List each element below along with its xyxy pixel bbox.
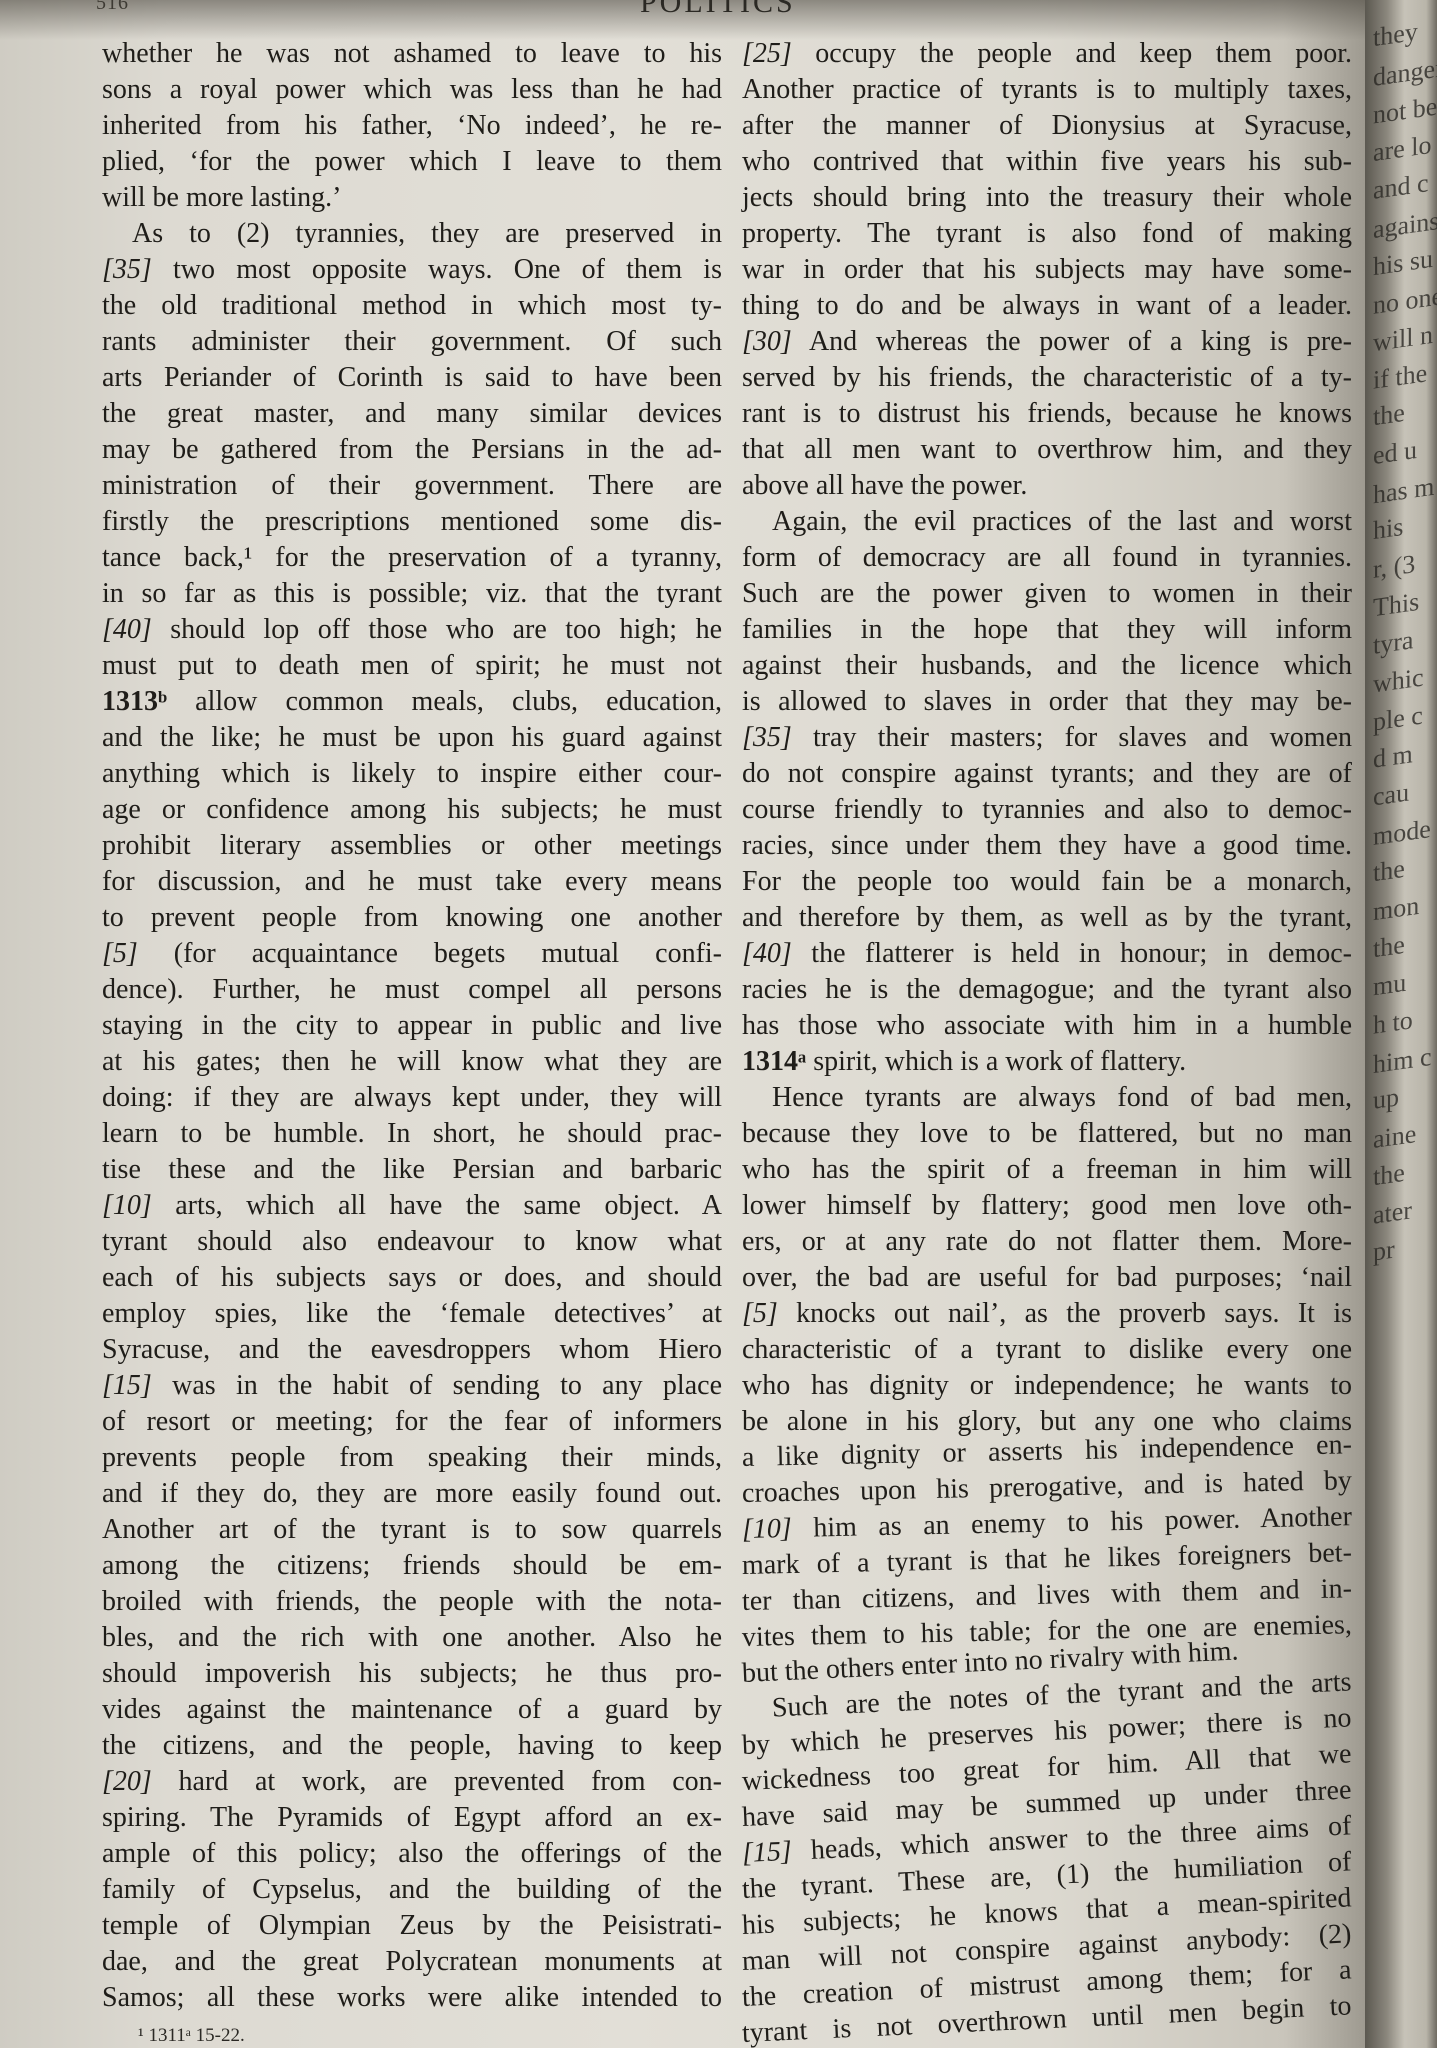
line-text: was in the habit of sending to any place	[152, 1370, 722, 1401]
line-text: to prevent people from knowing one anoth…	[102, 902, 722, 933]
bekker-reference: 1313ᵇ	[102, 686, 167, 717]
text-line: served by his friends, the characteristi…	[742, 360, 1352, 396]
line-text: sons a royal power which was less than h…	[102, 74, 722, 105]
facing-page-fragment: and c	[1373, 168, 1429, 206]
text-line: war in order that his subjects may have …	[742, 252, 1352, 288]
text-line: staying in the city to appear in public …	[102, 1008, 722, 1044]
text-line: the great master, and many similar devic…	[102, 396, 722, 432]
facing-page-fragment: they	[1373, 17, 1418, 53]
line-number-marker: [15]	[741, 1836, 792, 1869]
text-line: because they love to be flattered, but n…	[742, 1116, 1352, 1152]
line-text: family of Cypselus, and the building of …	[102, 1874, 722, 1905]
page-number: 516	[96, 0, 129, 15]
facing-page-fragment: h to	[1373, 1005, 1413, 1041]
line-text: tise these and the like Persian and barb…	[102, 1154, 722, 1185]
text-line: doing: if they are always kept under, th…	[102, 1080, 722, 1116]
facing-page-fragment: mu	[1373, 968, 1406, 1003]
line-text: ministration of their government. There …	[102, 470, 722, 501]
text-line: dae, and the great Polycratean monuments…	[102, 1944, 722, 1980]
facing-page-fragment: ed u	[1373, 435, 1417, 471]
book-page: 516 POLITICS whether he was not ashamed …	[0, 0, 1395, 2048]
line-text: prevents people from speaking their mind…	[102, 1442, 722, 1473]
line-text: Again, the evil practices of the last an…	[772, 506, 1352, 537]
line-text: firstly the prescriptions mentioned some…	[102, 506, 722, 537]
line-text: should lop off those who are too high; h…	[152, 614, 722, 645]
line-text: that all men want to overthrow him, and …	[742, 434, 1352, 465]
line-text: prohibit literary assemblies or other me…	[102, 830, 722, 861]
line-text: for discussion, and he must take every m…	[102, 866, 722, 897]
line-text: tance back,¹ for the preservation of a t…	[102, 542, 722, 573]
facing-page-fragment: cau	[1373, 777, 1409, 812]
text-line: is allowed to slaves in order that they …	[742, 684, 1352, 720]
text-line: ers, or at any rate do not flatter them.…	[742, 1224, 1352, 1260]
line-text: ers, or at any rate do not flatter them.…	[742, 1226, 1352, 1257]
text-line: 1314ᵃ spirit, which is a work of flatter…	[742, 1044, 1352, 1080]
line-text: inherited from his father, ‘No indeed’, …	[102, 110, 722, 141]
facing-page-fragment: not be	[1373, 91, 1437, 130]
line-text: learn to be humble. In short, he should …	[102, 1118, 722, 1149]
facing-page-fragment: ater	[1373, 1195, 1412, 1230]
facing-page-fragment: if the	[1373, 358, 1427, 396]
facing-page-fragment: r, (3	[1373, 549, 1415, 585]
text-line: that all men want to overthrow him, and …	[742, 432, 1352, 468]
line-text: (for acquaintance begets mutual confi-	[138, 938, 722, 969]
text-line: whether he was not ashamed to leave to h…	[102, 36, 722, 72]
text-line: sons a royal power which was less than h…	[102, 72, 722, 108]
text-line: ample of this policy; also the offerings…	[102, 1836, 722, 1872]
line-text: jects should bring into the treasury the…	[742, 182, 1352, 213]
text-line: arts Periander of Corinth is said to hav…	[102, 360, 722, 396]
footnote: ¹ 1311ᵃ 15-22.	[102, 2022, 722, 2048]
text-line: lower himself by flattery; good men love…	[742, 1188, 1352, 1224]
facing-page-fragment: mon	[1373, 891, 1419, 927]
line-text: As to (2) tyrannies, they are preserved …	[132, 218, 722, 249]
line-text: course friendly to tyrannies and also to…	[742, 794, 1352, 825]
text-line: Samos; all these works were alike intend…	[102, 1980, 722, 2016]
line-text: arts Periander of Corinth is said to hav…	[102, 362, 722, 393]
facing-page-fragment: against	[1373, 205, 1437, 245]
line-text: war in order that his subjects may have …	[742, 254, 1352, 285]
text-line: thing to do and be always in want of a l…	[742, 288, 1352, 324]
line-number-marker: [5]	[742, 1298, 778, 1329]
line-number-marker: [20]	[102, 1766, 152, 1797]
line-number-marker: [5]	[102, 938, 138, 969]
line-text: Such are the power given to women in the…	[742, 578, 1352, 609]
line-text: the citizens, and the people, having to …	[102, 1730, 722, 1761]
text-line: course friendly to tyrannies and also to…	[742, 792, 1352, 828]
text-line: jects should bring into the treasury the…	[742, 180, 1352, 216]
text-line: broiled with friends, the people with th…	[102, 1584, 722, 1620]
line-text: racies, since under them they have a goo…	[742, 830, 1352, 861]
line-text: do not conspire against tyrants; and the…	[742, 758, 1352, 789]
facing-page-fragment: the	[1373, 1158, 1405, 1192]
facing-page-fragment: has m	[1373, 472, 1434, 511]
line-text: against their husbands, and the licence …	[742, 650, 1352, 681]
facing-page-fragment: his su	[1373, 244, 1433, 282]
facing-page-fragment: up	[1373, 1082, 1399, 1116]
line-text: should impoverish his subjects; he thus …	[102, 1658, 722, 1689]
text-line: employ spies, like the ‘female detective…	[102, 1296, 722, 1332]
text-line: do not conspire against tyrants; and the…	[742, 756, 1352, 792]
text-line: of resort or meeting; for the fear of in…	[102, 1404, 722, 1440]
text-line: form of democracy are all found in tyran…	[742, 540, 1352, 576]
text-line: For the people too would fain be a monar…	[742, 864, 1352, 900]
line-text: arts, which all have the same object. A	[152, 1190, 722, 1221]
facing-page-edge: theydangernot beare loand cagainsthis su…	[1365, 0, 1437, 2048]
line-text: Another art of the tyrant is to sow quar…	[102, 1514, 722, 1545]
line-number-marker: [35]	[102, 254, 152, 285]
text-line: will be more lasting.’	[102, 180, 722, 216]
line-text: in so far as this is possible; viz. that…	[102, 578, 722, 609]
line-text: Syracuse, and the eavesdroppers whom Hie…	[102, 1334, 722, 1365]
text-line: anything which is likely to inspire eith…	[102, 756, 722, 792]
text-line: prohibit literary assemblies or other me…	[102, 828, 722, 864]
line-text: each of his subjects says or does, and s…	[102, 1262, 722, 1293]
text-line: the citizens, and the people, having to …	[102, 1728, 722, 1764]
line-text: racies he is the demagogue; and the tyra…	[742, 974, 1352, 1005]
text-line: Syracuse, and the eavesdroppers whom Hie…	[102, 1332, 722, 1368]
facing-page-fragment: aine	[1373, 1119, 1416, 1155]
text-line: [10] arts, which all have the same objec…	[102, 1188, 722, 1224]
text-line: among the citizens; friends should be em…	[102, 1548, 722, 1584]
line-number-marker: [15]	[102, 1370, 152, 1401]
line-number-marker: [40]	[102, 614, 152, 645]
line-text: age or confidence among his subjects; he…	[102, 794, 722, 825]
line-text: will be more lasting.’	[102, 182, 342, 213]
line-text: Samos; all these works were alike intend…	[102, 1982, 722, 2013]
line-text: hard at work, are prevented from con-	[152, 1766, 722, 1797]
text-line: and therefore by them, as well as by the…	[742, 900, 1352, 936]
line-text: lower himself by flattery; good men love…	[742, 1190, 1352, 1221]
text-line: after the manner of Dionysius at Syracus…	[742, 108, 1352, 144]
line-text: and if they do, they are more easily fou…	[102, 1478, 722, 1509]
line-text: because they love to be flattered, but n…	[742, 1118, 1352, 1149]
line-text: staying in the city to appear in public …	[102, 1010, 722, 1041]
text-line: prevents people from speaking their mind…	[102, 1440, 722, 1476]
facing-page-fragment: him c	[1373, 1042, 1432, 1080]
text-line: should impoverish his subjects; he thus …	[102, 1656, 722, 1692]
text-line: Again, the evil practices of the last an…	[742, 504, 1352, 540]
line-text: two most opposite ways. One of them is	[152, 254, 722, 285]
line-text: bles, and the rich with one another. Als…	[102, 1622, 722, 1653]
text-line: inherited from his father, ‘No indeed’, …	[102, 108, 722, 144]
facing-page-fragment: pr	[1373, 1234, 1395, 1267]
line-text: ample of this policy; also the offerings…	[102, 1838, 722, 1869]
facing-page-fragment: danger	[1373, 53, 1437, 93]
text-line: and the like; he must be upon his guard …	[102, 720, 722, 756]
text-line: firstly the prescriptions mentioned some…	[102, 504, 722, 540]
line-text: may be gathered from the Persians in the…	[102, 434, 722, 465]
text-line: each of his subjects says or does, and s…	[102, 1260, 722, 1296]
line-text: who has dignity or independence; he want…	[742, 1370, 1352, 1401]
facing-page-fragment: his	[1373, 512, 1403, 546]
line-text: And whereas the power of a king is pre-	[792, 326, 1352, 357]
text-line: the old traditional method in which most…	[102, 288, 722, 324]
text-line: [40] the flatterer is held in honour; in…	[742, 936, 1352, 972]
line-text: the flatterer is held in honour; in demo…	[792, 938, 1352, 969]
facing-page-fragment: are lo	[1373, 130, 1431, 168]
left-text-column: whether he was not ashamed to leave to h…	[102, 36, 722, 2048]
right-text-column: [25] occupy the people and keep them poo…	[742, 36, 1352, 2048]
facing-page-fragment: d m	[1373, 739, 1413, 775]
text-line: [30] And whereas the power of a king is …	[742, 324, 1352, 360]
text-line: over, the bad are useful for bad purpose…	[742, 1260, 1352, 1296]
text-line: [5] knocks out nail’, as the proverb say…	[742, 1296, 1352, 1332]
text-line: bles, and the rich with one another. Als…	[102, 1620, 722, 1656]
text-line: Another practice of tyrants is to multip…	[742, 72, 1352, 108]
text-line: rants administer their government. Of su…	[102, 324, 722, 360]
line-text: dae, and the great Polycratean monuments…	[102, 1946, 722, 1977]
text-line: may be gathered from the Persians in the…	[102, 432, 722, 468]
text-line: for discussion, and he must take every m…	[102, 864, 722, 900]
text-line: who has the spirit of a freeman in him w…	[742, 1152, 1352, 1188]
line-number-marker: [10]	[102, 1190, 152, 1221]
line-text: vides against the maintenance of a guard…	[102, 1694, 722, 1725]
facing-page-fragment: ple c	[1373, 700, 1423, 737]
running-title: POLITICS	[640, 0, 796, 20]
text-line: rant is to distrust his friends, because…	[742, 396, 1352, 432]
line-text: who has the spirit of a freeman in him w…	[742, 1154, 1352, 1185]
line-text: over, the bad are useful for bad purpose…	[742, 1262, 1352, 1293]
bekker-reference: 1314ᵃ	[742, 1046, 806, 1077]
line-text: served by his friends, the characteristi…	[742, 362, 1352, 393]
line-text: spiring. The Pyramids of Egypt afford an…	[102, 1802, 722, 1833]
text-line: As to (2) tyrannies, they are preserved …	[102, 216, 722, 252]
line-text: of resort or meeting; for the fear of in…	[102, 1406, 722, 1437]
line-text: employ spies, like the ‘female detective…	[102, 1298, 722, 1329]
text-line: in so far as this is possible; viz. that…	[102, 576, 722, 612]
line-text: tray their masters; for slaves and women	[792, 722, 1352, 753]
text-line: [25] occupy the people and keep them poo…	[742, 36, 1352, 72]
text-line: to prevent people from knowing one anoth…	[102, 900, 722, 936]
text-line: who has dignity or independence; he want…	[742, 1368, 1352, 1404]
text-line: spiring. The Pyramids of Egypt afford an…	[102, 1800, 722, 1836]
line-text: and therefore by them, as well as by the…	[742, 902, 1352, 933]
facing-page-fragment: This	[1373, 587, 1419, 623]
line-text: among the citizens; friends should be em…	[102, 1550, 722, 1581]
facing-page-fragment: tyra	[1373, 625, 1413, 661]
line-text: rants administer their government. Of su…	[102, 326, 722, 357]
text-line: ministration of their government. There …	[102, 468, 722, 504]
line-text: after the manner of Dionysius at Syracus…	[742, 110, 1352, 141]
text-line: [15] was in the habit of sending to any …	[102, 1368, 722, 1404]
line-number-marker: [40]	[742, 938, 792, 969]
line-text: For the people too would fain be a monar…	[742, 866, 1352, 897]
text-line: has those who associate with him in a hu…	[742, 1008, 1352, 1044]
text-line: must put to death men of spirit; he must…	[102, 648, 722, 684]
text-line: at his gates; then he will know what the…	[102, 1044, 722, 1080]
facing-page-fragment: the	[1373, 854, 1405, 888]
line-text: property. The tyrant is also fond of mak…	[742, 218, 1352, 249]
text-line: learn to be humble. In short, he should …	[102, 1116, 722, 1152]
text-line: 1313ᵇ allow common meals, clubs, educati…	[102, 684, 722, 720]
text-line: family of Cypselus, and the building of …	[102, 1872, 722, 1908]
text-line: [20] hard at work, are prevented from co…	[102, 1764, 722, 1800]
text-line: tyrant should also endeavour to know wha…	[102, 1224, 722, 1260]
line-text: dence). Further, he must compel all pers…	[102, 974, 722, 1005]
text-line: who contrived that within five years his…	[742, 144, 1352, 180]
line-text: doing: if they are always kept under, th…	[102, 1082, 722, 1113]
text-line: and if they do, they are more easily fou…	[102, 1476, 722, 1512]
line-number-marker: [25]	[742, 38, 792, 69]
line-text: Another practice of tyrants is to multip…	[742, 74, 1352, 105]
text-line: property. The tyrant is also fond of mak…	[742, 216, 1352, 252]
line-text: spirit, which is a work of flattery.	[806, 1046, 1186, 1077]
facing-page-fragment: mode	[1373, 814, 1431, 852]
text-line: against their husbands, and the licence …	[742, 648, 1352, 684]
line-text: temple of Olympian Zeus by the Peisistra…	[102, 1910, 722, 1941]
line-text: form of democracy are all found in tyran…	[742, 542, 1352, 573]
text-line: Hence tyrants are always fond of bad men…	[742, 1080, 1352, 1116]
line-text: rant is to distrust his friends, because…	[742, 398, 1352, 429]
facing-page-fragment: no one	[1373, 281, 1437, 321]
line-text: broiled with friends, the people with th…	[102, 1586, 722, 1617]
line-text: above all have the power.	[742, 470, 1027, 501]
line-text: has those who associate with him in a hu…	[742, 1010, 1352, 1041]
text-line: racies, since under them they have a goo…	[742, 828, 1352, 864]
text-line: plied, ‘for the power which I leave to t…	[102, 144, 722, 180]
text-line: [5] (for acquaintance begets mutual conf…	[102, 936, 722, 972]
facing-page-fragment: will n	[1373, 320, 1433, 358]
line-text: and the like; he must be upon his guard …	[102, 722, 722, 753]
line-text: knocks out nail’, as the proverb says. I…	[778, 1298, 1352, 1329]
line-number-marker: [10]	[742, 1513, 792, 1545]
text-line: [40] should lop off those who are too hi…	[102, 612, 722, 648]
text-line: [35] tray their masters; for slaves and …	[742, 720, 1352, 756]
line-text: the great master, and many similar devic…	[102, 398, 722, 429]
line-text: at his gates; then he will know what the…	[102, 1046, 722, 1077]
line-text: plied, ‘for the power which I leave to t…	[102, 146, 722, 177]
text-line: dence). Further, he must compel all pers…	[102, 972, 722, 1008]
line-text: Hence tyrants are always fond of bad men…	[772, 1082, 1352, 1113]
text-line: Another art of the tyrant is to sow quar…	[102, 1512, 722, 1548]
line-text: must put to death men of spirit; he must…	[102, 650, 722, 681]
text-line: above all have the power.	[742, 468, 1352, 504]
line-text: allow common meals, clubs, education,	[167, 686, 722, 717]
line-text: characteristic of a tyrant to dislike ev…	[742, 1334, 1352, 1365]
text-line: tise these and the like Persian and barb…	[102, 1152, 722, 1188]
text-line: vides against the maintenance of a guard…	[102, 1692, 722, 1728]
line-text: whether he was not ashamed to leave to h…	[102, 38, 722, 69]
line-text: the old traditional method in which most…	[102, 290, 722, 321]
text-line: Such are the power given to women in the…	[742, 576, 1352, 612]
line-number-marker: [30]	[742, 326, 792, 357]
line-text: families in the hope that they will info…	[742, 614, 1352, 645]
text-line: age or confidence among his subjects; he…	[102, 792, 722, 828]
text-line: racies he is the demagogue; and the tyra…	[742, 972, 1352, 1008]
text-line: temple of Olympian Zeus by the Peisistra…	[102, 1908, 722, 1944]
text-line: tance back,¹ for the preservation of a t…	[102, 540, 722, 576]
text-line: [35] two most opposite ways. One of them…	[102, 252, 722, 288]
text-line: characteristic of a tyrant to dislike ev…	[742, 1332, 1352, 1368]
line-text: occupy the people and keep them poor.	[792, 38, 1352, 69]
line-text: tyrant should also endeavour to know wha…	[102, 1226, 722, 1257]
facing-page-fragment: whic	[1373, 662, 1424, 699]
line-number-marker: [35]	[742, 722, 792, 753]
line-text: anything which is likely to inspire eith…	[102, 758, 722, 789]
line-text: who contrived that within five years his…	[742, 146, 1352, 177]
facing-page-fragment: the	[1373, 930, 1405, 964]
text-line: families in the hope that they will info…	[742, 612, 1352, 648]
line-text: thing to do and be always in want of a l…	[742, 290, 1352, 321]
line-text: is allowed to slaves in order that they …	[742, 686, 1352, 717]
facing-page-fragment: the	[1373, 398, 1405, 432]
